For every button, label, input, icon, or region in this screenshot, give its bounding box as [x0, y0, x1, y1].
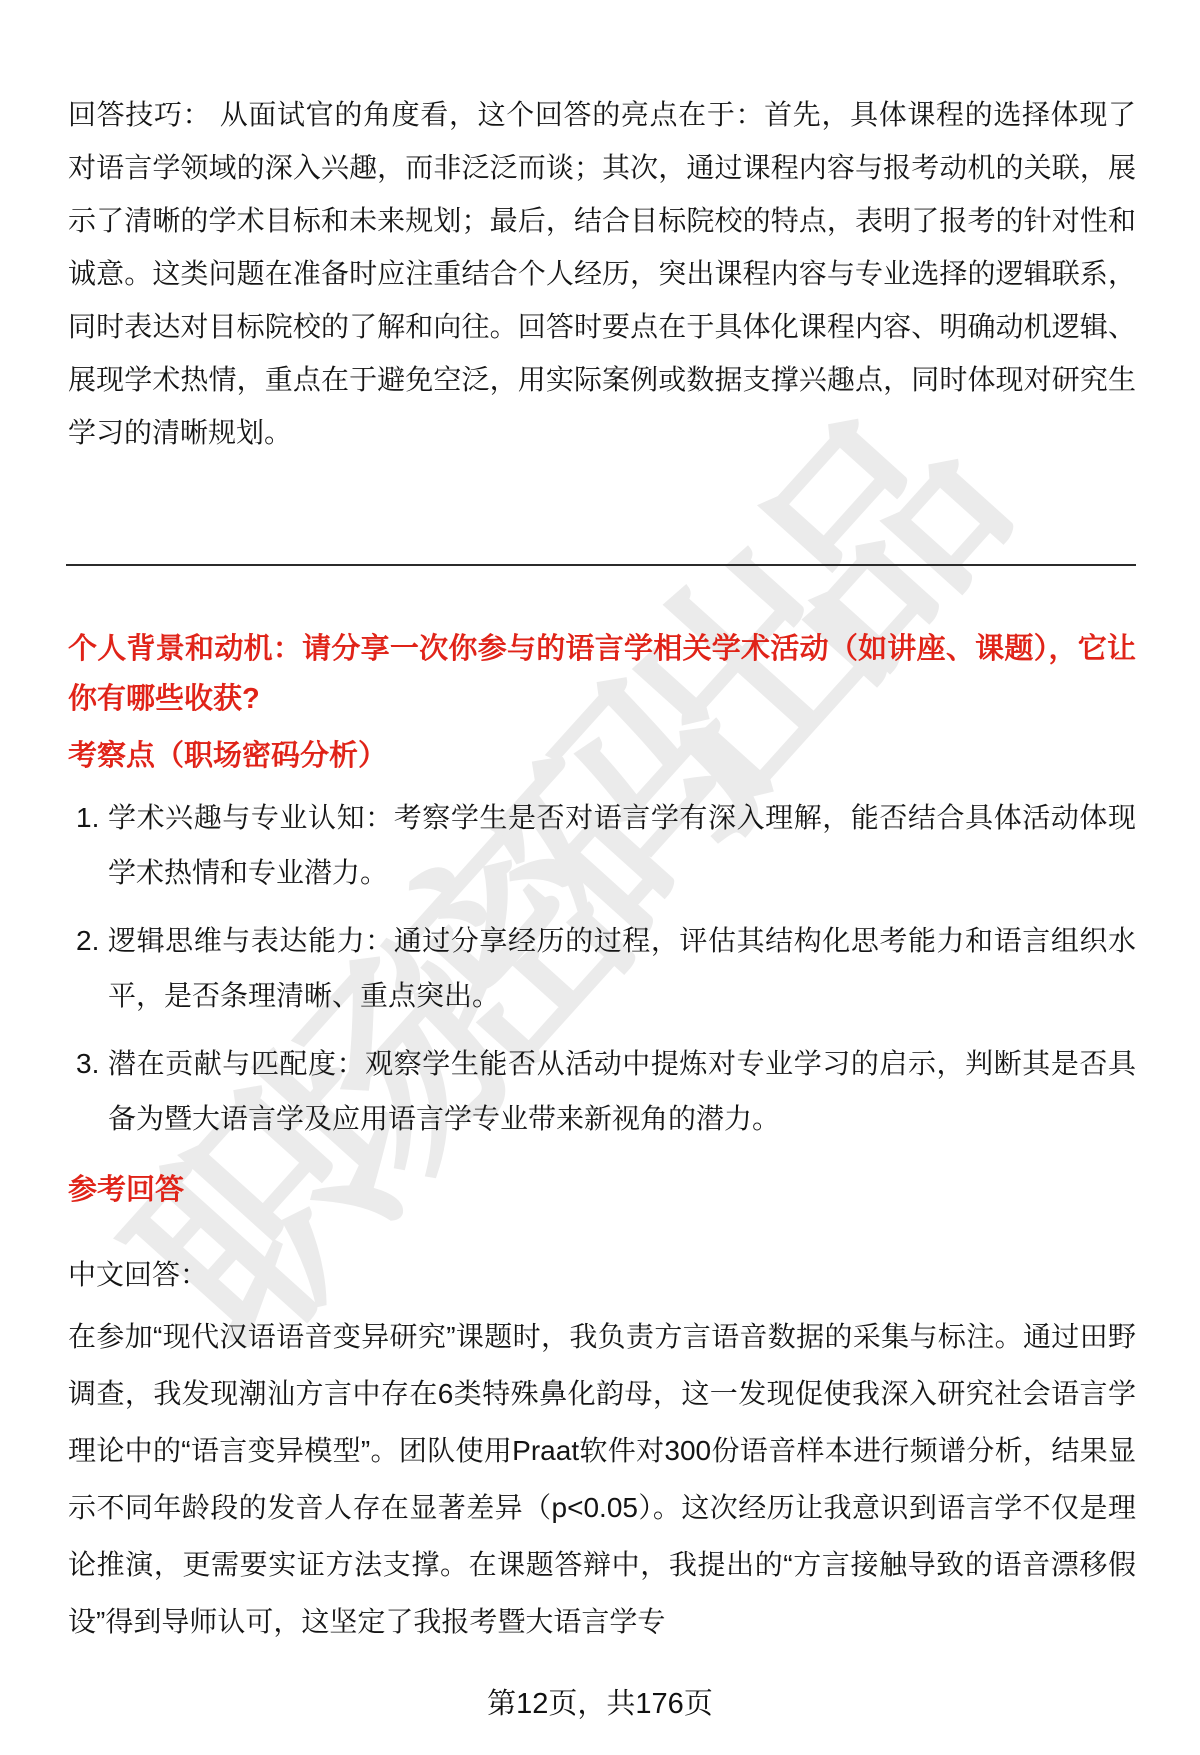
- question-heading: 个人背景和动机：请分享一次你参与的语言学相关学术活动（如讲座、课题），它让你有哪…: [68, 624, 1136, 724]
- page-content: 回答技巧： 从面试官的角度看，这个回答的亮点在于：首先，具体课程的选择体现了对语…: [0, 0, 1200, 1755]
- document-page: 职场密码出品 回答技巧： 从面试官的角度看，这个回答的亮点在于：首先，具体课程的…: [0, 0, 1200, 1755]
- assessment-points-heading: 考察点（职场密码分析）: [68, 736, 1136, 776]
- assessment-points-list: 1. 学术兴趣与专业认知：考察学生是否对语言学有深入理解，能否结合具体活动体现学…: [68, 790, 1136, 1159]
- list-item-text: 逻辑思维与表达能力：通过分享经历的过程，评估其结构化思考能力和语言组织水平，是否…: [108, 925, 1136, 1011]
- page-number-footer: 第12页，共176页: [0, 1686, 1200, 1722]
- list-item-number: 2.: [76, 913, 99, 968]
- list-item: 1. 学术兴趣与专业认知：考察学生是否对语言学有深入理解，能否结合具体活动体现学…: [68, 790, 1136, 900]
- list-item: 3. 潜在贡献与匹配度：观察学生能否从活动中提炼对专业学习的启示，判断其是否具备…: [68, 1036, 1136, 1146]
- chinese-answer-paragraph: 在参加“现代汉语语音变异研究”课题时，我负责方言语音数据的采集与标注。通过田野调…: [68, 1308, 1136, 1650]
- chinese-answer-label: 中文回答：: [68, 1248, 1136, 1301]
- list-item: 2. 逻辑思维与表达能力：通过分享经历的过程，评估其结构化思考能力和语言组织水平…: [68, 913, 1136, 1023]
- list-item-text: 潜在贡献与匹配度：观察学生能否从活动中提炼对专业学习的启示，判断其是否具备为暨大…: [108, 1048, 1136, 1134]
- section-divider: [66, 564, 1136, 566]
- list-item-number: 3.: [76, 1036, 99, 1091]
- reference-answer-heading: 参考回答: [68, 1170, 1136, 1210]
- list-item-number: 1.: [76, 790, 99, 845]
- answer-technique-paragraph: 回答技巧： 从面试官的角度看，这个回答的亮点在于：首先，具体课程的选择体现了对语…: [68, 88, 1136, 459]
- list-item-text: 学术兴趣与专业认知：考察学生是否对语言学有深入理解，能否结合具体活动体现学术热情…: [108, 802, 1136, 888]
